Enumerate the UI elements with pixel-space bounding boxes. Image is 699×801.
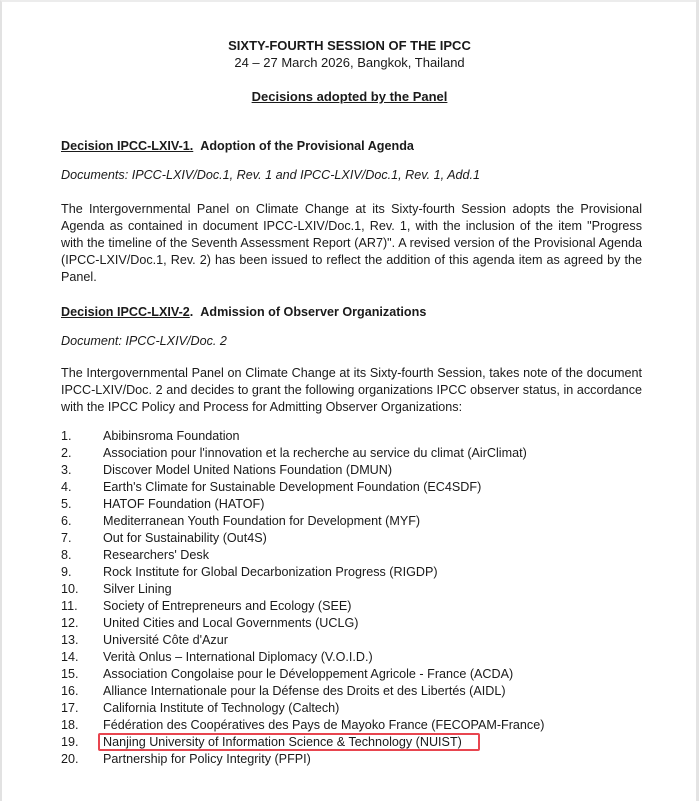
list-item-name: Researchers' Desk xyxy=(103,547,209,564)
section-heading: Decisions adopted by the Panel xyxy=(0,88,699,105)
list-item-number: 18. xyxy=(61,717,79,734)
decision-1-code: Decision IPCC-LXIV-1. xyxy=(61,139,193,153)
decision-2-documents: Document: IPCC-LXIV/Doc. 2 xyxy=(61,333,642,350)
list-item-number: 2. xyxy=(61,445,72,462)
session-title: SIXTY-FOURTH SESSION OF THE IPCC xyxy=(0,37,699,54)
list-item-number: 7. xyxy=(61,530,72,547)
section-heading-text: Decisions adopted by the Panel xyxy=(252,89,448,104)
list-item-name: Partnership for Policy Integrity (PFPI) xyxy=(103,751,311,768)
list-item: 17.California Institute of Technology (C… xyxy=(61,700,661,717)
list-item-name: California Institute of Technology (Calt… xyxy=(103,700,339,717)
list-item: 16.Alliance Internationale pour la Défen… xyxy=(61,683,661,700)
list-item: 15.Association Congolaise pour le Dévelo… xyxy=(61,666,661,683)
decision-2-paragraph: The Intergovernmental Panel on Climate C… xyxy=(61,365,642,416)
list-item-name: Mediterranean Youth Foundation for Devel… xyxy=(103,513,420,530)
list-item: 20.Partnership for Policy Integrity (PFP… xyxy=(61,751,661,768)
decision-1-paragraph: The Intergovernmental Panel on Climate C… xyxy=(61,201,642,286)
list-item-name: Discover Model United Nations Foundation… xyxy=(103,462,392,479)
decision-2-code: Decision IPCC-LXIV-2 xyxy=(61,305,190,319)
list-item-number: 16. xyxy=(61,683,79,700)
list-item-number: 6. xyxy=(61,513,72,530)
decision-1-documents: Documents: IPCC-LXIV/Doc.1, Rev. 1 and I… xyxy=(61,167,642,184)
highlight-box xyxy=(98,733,480,751)
list-item-name: Association pour l'innovation et la rech… xyxy=(103,445,527,462)
list-item: 11.Society of Entrepreneurs and Ecology … xyxy=(61,598,661,615)
list-item: 8.Researchers' Desk xyxy=(61,547,661,564)
list-item-number: 1. xyxy=(61,428,72,445)
list-item-number: 10. xyxy=(61,581,79,598)
list-item-name: Association Congolaise pour le Développe… xyxy=(103,666,513,683)
list-item: 3.Discover Model United Nations Foundati… xyxy=(61,462,661,479)
list-item: 6.Mediterranean Youth Foundation for Dev… xyxy=(61,513,661,530)
list-item-number: 20. xyxy=(61,751,79,768)
list-item: 5.HATOF Foundation (HATOF) xyxy=(61,496,661,513)
list-item-name: Rock Institute for Global Decarbonizatio… xyxy=(103,564,438,581)
list-item-name: Alliance Internationale pour la Défense … xyxy=(103,683,506,700)
list-item-number: 19. xyxy=(61,734,79,751)
list-item: 4.Earth's Climate for Sustainable Develo… xyxy=(61,479,661,496)
list-item-name: HATOF Foundation (HATOF) xyxy=(103,496,264,513)
list-item-name: Verità Onlus – International Diplomacy (… xyxy=(103,649,373,666)
list-item-number: 17. xyxy=(61,700,79,717)
list-item-name: United Cities and Local Governments (UCL… xyxy=(103,615,358,632)
list-item-name: Earth's Climate for Sustainable Developm… xyxy=(103,479,481,496)
list-item: 1.Abibinsroma Foundation xyxy=(61,428,661,445)
decision-2-heading: Decision IPCC-LXIV-2. Admission of Obser… xyxy=(61,304,642,321)
observer-organizations-list: 1.Abibinsroma Foundation2.Association po… xyxy=(61,428,661,768)
list-item: 14.Verità Onlus – International Diplomac… xyxy=(61,649,661,666)
list-item-name: Abibinsroma Foundation xyxy=(103,428,240,445)
list-item: 12.United Cities and Local Governments (… xyxy=(61,615,661,632)
session-dates: 24 – 27 March 2026, Bangkok, Thailand xyxy=(0,54,699,71)
list-item: 2.Association pour l'innovation et la re… xyxy=(61,445,661,462)
list-item: 7.Out for Sustainability (Out4S) xyxy=(61,530,661,547)
list-item-name: Université Côte d'Azur xyxy=(103,632,228,649)
list-item-number: 14. xyxy=(61,649,79,666)
list-item-number: 5. xyxy=(61,496,72,513)
list-item-name: Fédération des Coopératives des Pays de … xyxy=(103,717,544,734)
list-item-number: 9. xyxy=(61,564,72,581)
list-item-name: Society of Entrepreneurs and Ecology (SE… xyxy=(103,598,352,615)
list-item-number: 3. xyxy=(61,462,72,479)
list-item-number: 11. xyxy=(61,598,78,615)
list-item-number: 15. xyxy=(61,666,79,683)
decision-1-heading: Decision IPCC-LXIV-1. Adoption of the Pr… xyxy=(61,138,642,155)
list-item-number: 13. xyxy=(61,632,79,649)
list-item-number: 12. xyxy=(61,615,79,632)
list-item: 9.Rock Institute for Global Decarbonizat… xyxy=(61,564,661,581)
list-item: 18.Fédération des Coopératives des Pays … xyxy=(61,717,661,734)
list-item: 10.Silver Lining xyxy=(61,581,661,598)
decision-2-title: Admission of Observer Organizations xyxy=(200,305,426,319)
list-item-number: 8. xyxy=(61,547,72,564)
list-item-name: Silver Lining xyxy=(103,581,172,598)
list-item: 13.Université Côte d'Azur xyxy=(61,632,661,649)
list-item-name: Out for Sustainability (Out4S) xyxy=(103,530,267,547)
list-item-number: 4. xyxy=(61,479,72,496)
decision-1-title: Adoption of the Provisional Agenda xyxy=(200,139,414,153)
